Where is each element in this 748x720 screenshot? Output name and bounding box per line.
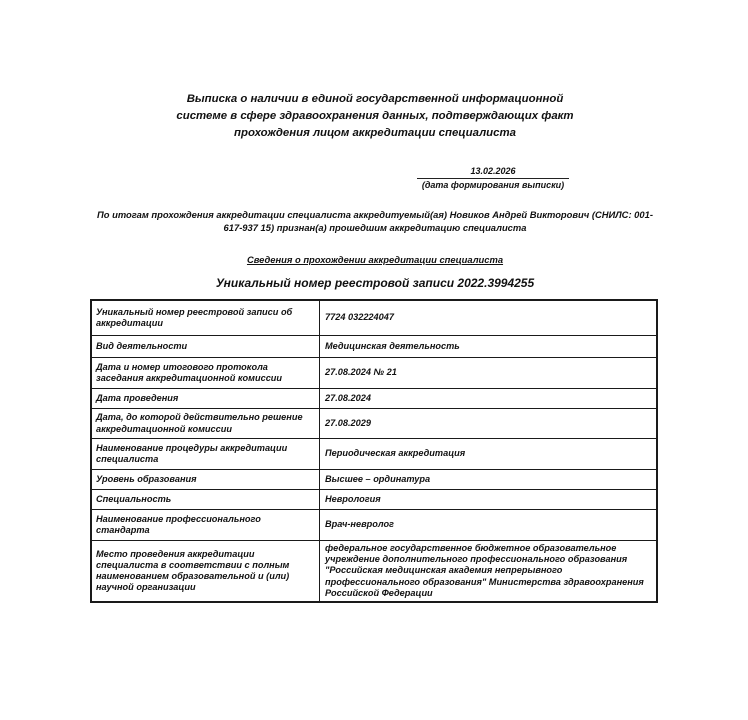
label-line: специалиста в соответствии с полным (96, 560, 315, 571)
value-line: Врач-невролог (325, 519, 652, 531)
document-title: Выписка о наличии в единой государственн… (150, 91, 600, 142)
label-line: Уровень образования (96, 474, 315, 486)
row-value: 7724 032224047 (320, 300, 658, 336)
label-line: Дата проведения (96, 393, 315, 405)
row-label: Место проведения аккредитации специалист… (91, 541, 320, 603)
record-number-title: Уникальный номер реестровой записи 2022.… (120, 276, 630, 290)
value-line: профессионального образования" Министерс… (325, 577, 652, 588)
value-line: 27.08.2029 (325, 418, 652, 430)
value-line: Периодическая аккредитация (325, 448, 652, 460)
row-label: Наименование профессионального стандарта (91, 510, 320, 541)
row-value: 27.08.2029 (320, 409, 658, 439)
formation-date-caption: (дата формирования выписки) (417, 179, 569, 191)
row-value: федеральное государственное бюджетное об… (320, 541, 658, 603)
table-row: Уровень образования Высшее – ординатура (91, 470, 657, 490)
title-line: Выписка о наличии в единой государственн… (150, 91, 600, 108)
formation-date-block: 13.02.2026 (дата формирования выписки) (417, 166, 569, 191)
table-row: Наименование процедуры аккредитации спец… (91, 439, 657, 470)
label-line: наименованием образовательной и (или) (96, 571, 315, 582)
row-value: 27.08.2024 № 21 (320, 358, 658, 389)
value-line: Российской Федерации (325, 588, 652, 599)
label-line: Дата и номер итогового протокола (96, 362, 315, 374)
value-line: Высшее – ординатура (325, 474, 652, 486)
intro-paragraph: По итогам прохождения аккредитации специ… (90, 209, 660, 234)
table-row: Место проведения аккредитации специалист… (91, 541, 657, 603)
title-line: прохождения лицом аккредитации специалис… (150, 125, 600, 142)
label-line: Наименование профессионального (96, 514, 315, 526)
row-label: Вид деятельности (91, 336, 320, 358)
table-row: Дата и номер итогового протокола заседан… (91, 358, 657, 389)
row-value: Неврология (320, 490, 658, 510)
label-line: Дата, до которой действительно решение (96, 412, 315, 424)
label-line: Наименование процедуры аккредитации (96, 443, 315, 455)
table-row: Дата проведения 27.08.2024 (91, 389, 657, 409)
row-label: Дата проведения (91, 389, 320, 409)
row-label: Наименование процедуры аккредитации спец… (91, 439, 320, 470)
intro-line: По итогам прохождения аккредитации специ… (90, 209, 660, 222)
value-line: 27.08.2024 (325, 393, 652, 405)
row-value: Высшее – ординатура (320, 470, 658, 490)
section-title: Сведения о прохождении аккредитации спец… (150, 254, 600, 265)
row-label: Специальность (91, 490, 320, 510)
table-row: Вид деятельности Медицинская деятельност… (91, 336, 657, 358)
intro-line: 617-937 15) признан(а) прошедшим аккреди… (90, 222, 660, 235)
value-line: 7724 032224047 (325, 312, 652, 324)
value-line: федеральное государственное бюджетное об… (325, 543, 652, 554)
label-line: аккредитационной комиссии (96, 424, 315, 436)
document-page: Выписка о наличии в единой государственн… (0, 0, 748, 720)
value-line: Медицинская деятельность (325, 341, 652, 353)
label-line: научной организации (96, 582, 315, 593)
label-line: Уникальный номер реестровой записи об (96, 307, 315, 319)
row-label: Дата и номер итогового протокола заседан… (91, 358, 320, 389)
label-line: Специальность (96, 494, 315, 506)
table-row: Уникальный номер реестровой записи об ак… (91, 300, 657, 336)
value-line: 27.08.2024 № 21 (325, 367, 652, 379)
row-value: Периодическая аккредитация (320, 439, 658, 470)
formation-date: 13.02.2026 (417, 166, 569, 179)
accreditation-info-table: Уникальный номер реестровой записи об ак… (90, 299, 658, 603)
value-line: Неврология (325, 494, 652, 506)
label-line: специалиста (96, 454, 315, 466)
table-row: Наименование профессионального стандарта… (91, 510, 657, 541)
row-value: Медицинская деятельность (320, 336, 658, 358)
row-label: Дата, до которой действительно решение а… (91, 409, 320, 439)
table-row: Специальность Неврология (91, 490, 657, 510)
row-value: Врач-невролог (320, 510, 658, 541)
table-row: Дата, до которой действительно решение а… (91, 409, 657, 439)
title-line: системе в сфере здравоохранения данных, … (150, 108, 600, 125)
value-line: учреждение дополнительного профессиональ… (325, 554, 652, 565)
value-line: "Российская медицинская академия непреры… (325, 565, 652, 576)
label-line: Вид деятельности (96, 341, 315, 353)
label-line: Место проведения аккредитации (96, 549, 315, 560)
row-value: 27.08.2024 (320, 389, 658, 409)
row-label: Уникальный номер реестровой записи об ак… (91, 300, 320, 336)
label-line: заседания аккредитационной комиссии (96, 373, 315, 385)
row-label: Уровень образования (91, 470, 320, 490)
label-line: стандарта (96, 525, 315, 537)
label-line: аккредитации (96, 318, 315, 330)
